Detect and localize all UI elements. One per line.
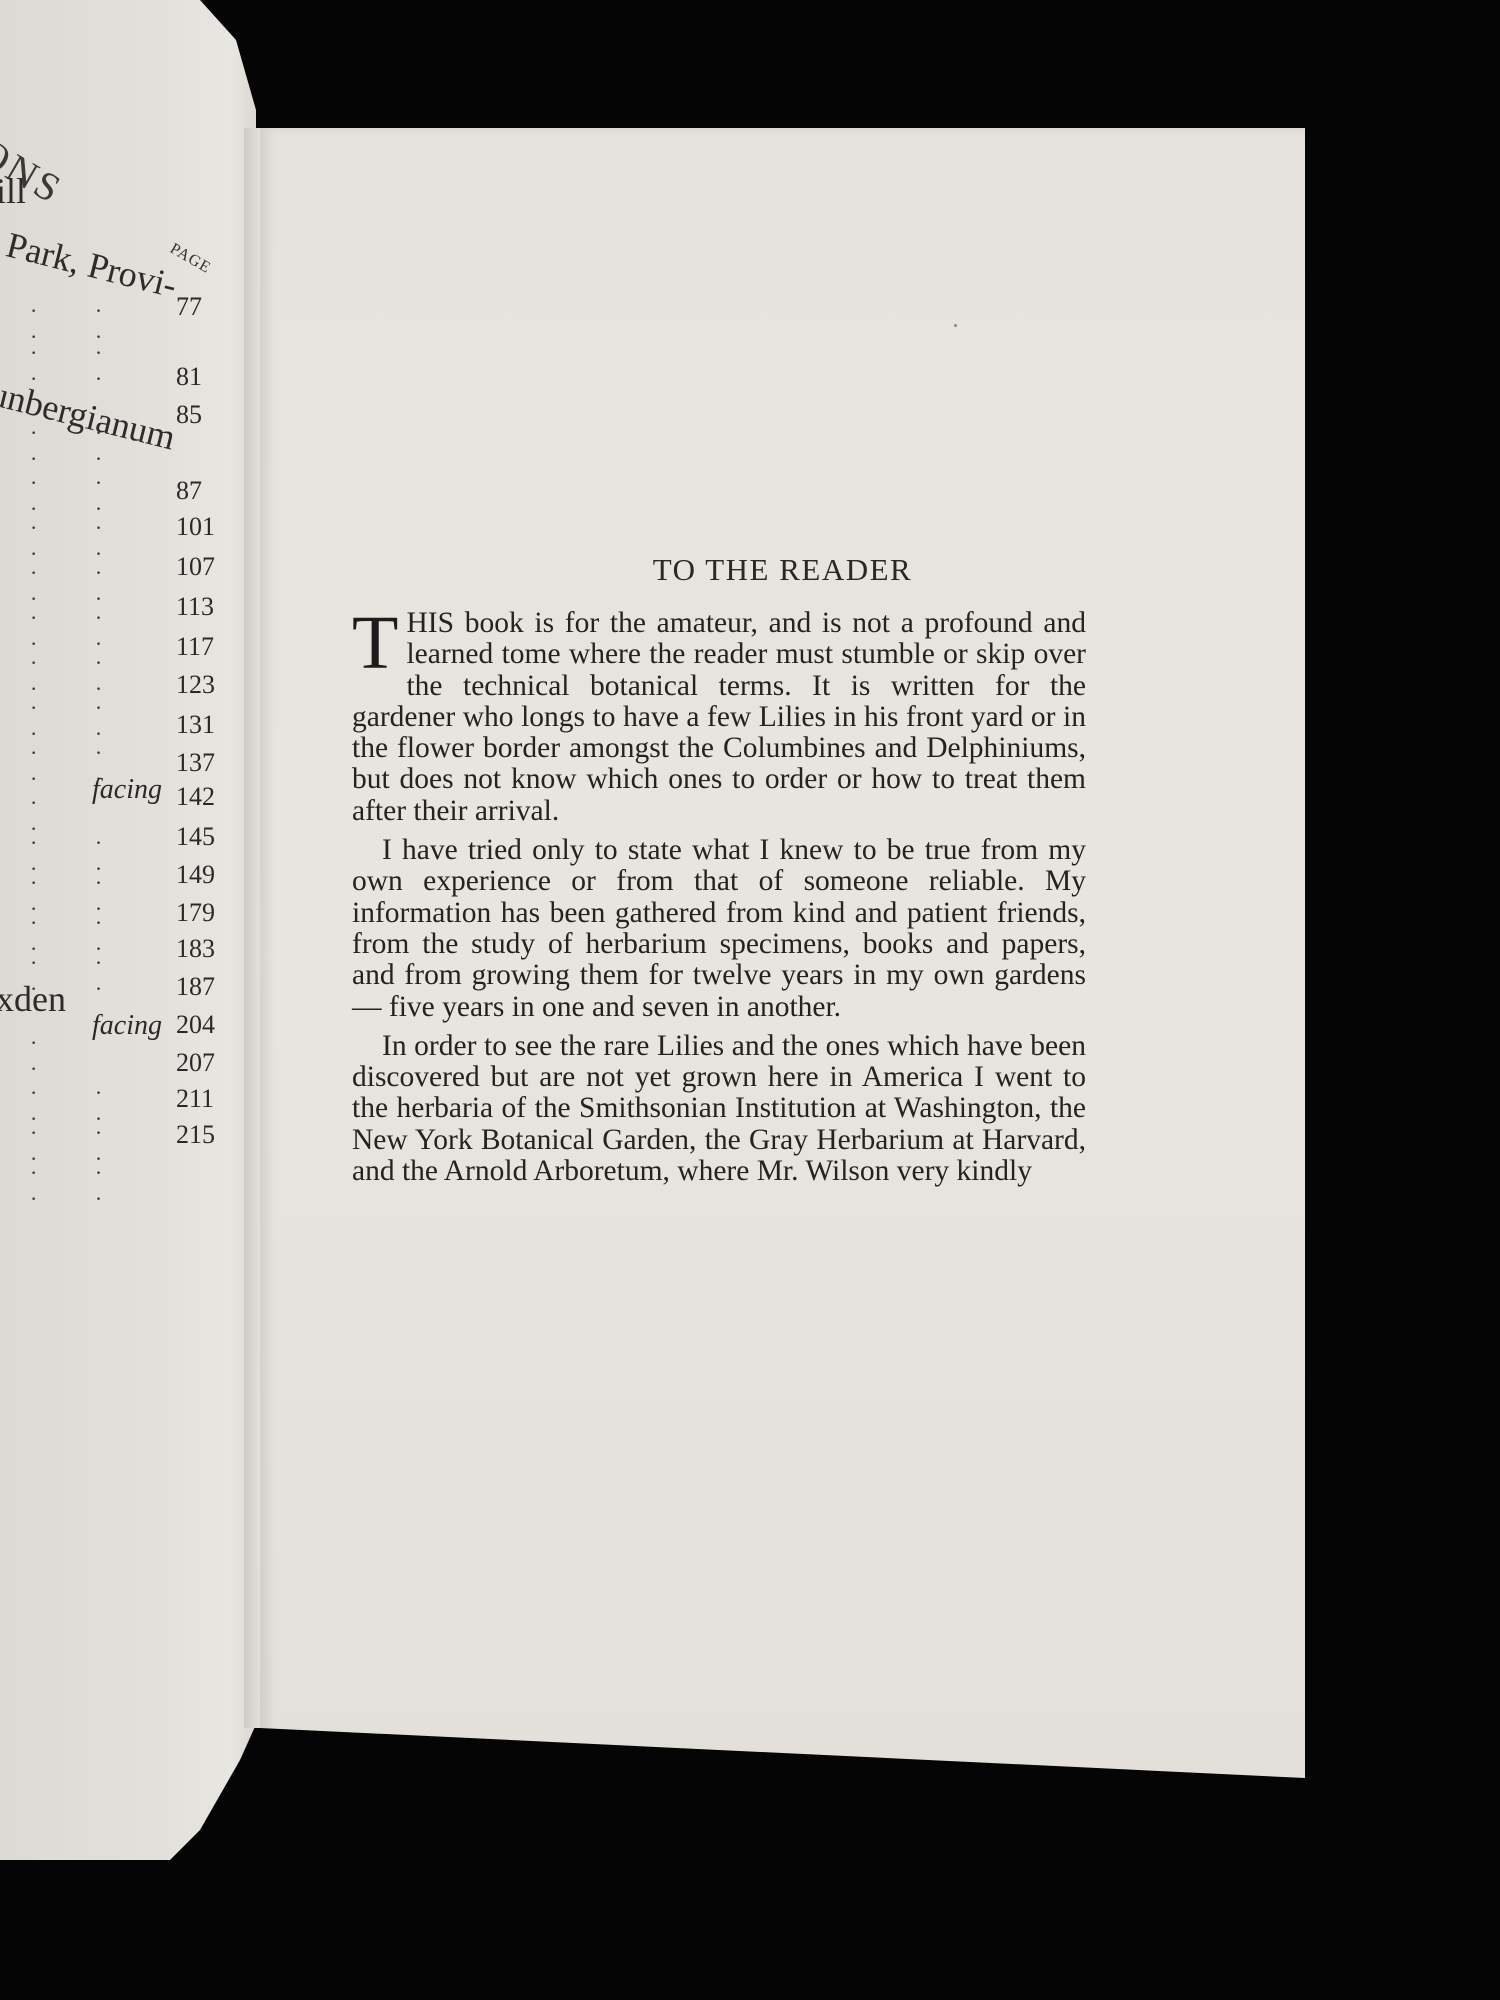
paragraph-3: In order to see the rare Lilies and the … bbox=[352, 1031, 1086, 1187]
title-fragment: s Park, Provi- bbox=[0, 218, 181, 306]
page-number: 131 bbox=[176, 710, 215, 740]
leader-dots: · · bbox=[30, 1030, 90, 1082]
facing-label: facing bbox=[92, 774, 162, 806]
right-page: TO THE READER THIS book is for the amate… bbox=[260, 128, 1305, 1788]
page-number: 183 bbox=[176, 934, 215, 964]
leader-dots: · · · · bbox=[30, 340, 160, 392]
paragraph-1-text: HIS book is for the amateur, and is not … bbox=[352, 607, 1086, 827]
leader-dots: · · · · bbox=[30, 950, 160, 1002]
page-number: 207 bbox=[176, 1048, 215, 1078]
page-number: 211 bbox=[176, 1084, 214, 1114]
page-number: 179 bbox=[176, 898, 215, 928]
page-number: 77 bbox=[176, 292, 202, 322]
page-number: 87 bbox=[176, 476, 202, 506]
title-fragment: ill bbox=[0, 170, 26, 212]
page-number: 81 bbox=[176, 362, 202, 392]
page-number: 187 bbox=[176, 972, 215, 1002]
page-number: 117 bbox=[176, 632, 214, 662]
page-title: TO THE READER bbox=[260, 552, 1305, 588]
page-number: 123 bbox=[176, 670, 215, 700]
page-number: 101 bbox=[176, 512, 215, 542]
facing-label: facing bbox=[92, 1010, 162, 1042]
leader-dots: · · · · bbox=[30, 1160, 160, 1212]
page-number: 145 bbox=[176, 822, 215, 852]
page-number: 107 bbox=[176, 552, 215, 582]
page-number: 137 bbox=[176, 748, 215, 778]
page-number: 204 bbox=[176, 1010, 215, 1040]
page-number: 113 bbox=[176, 592, 214, 622]
page-number: 215 bbox=[176, 1120, 215, 1150]
page-number: 85 bbox=[176, 400, 202, 430]
paragraph-2: I have tried only to state what I knew t… bbox=[352, 835, 1086, 1023]
body-text: THIS book is for the amateur, and is not… bbox=[352, 608, 1086, 1195]
drop-cap: T bbox=[352, 612, 398, 674]
leader-dots: · · · · bbox=[30, 420, 160, 472]
page-number: 149 bbox=[176, 860, 215, 890]
page-number: 142 bbox=[176, 782, 215, 812]
paragraph-1: THIS book is for the amateur, and is not… bbox=[352, 608, 1086, 827]
paper-speck bbox=[954, 324, 957, 327]
left-page-list-of-illustrations: IONS ill s Park, Provi- unbergianum xden… bbox=[0, 0, 258, 1860]
